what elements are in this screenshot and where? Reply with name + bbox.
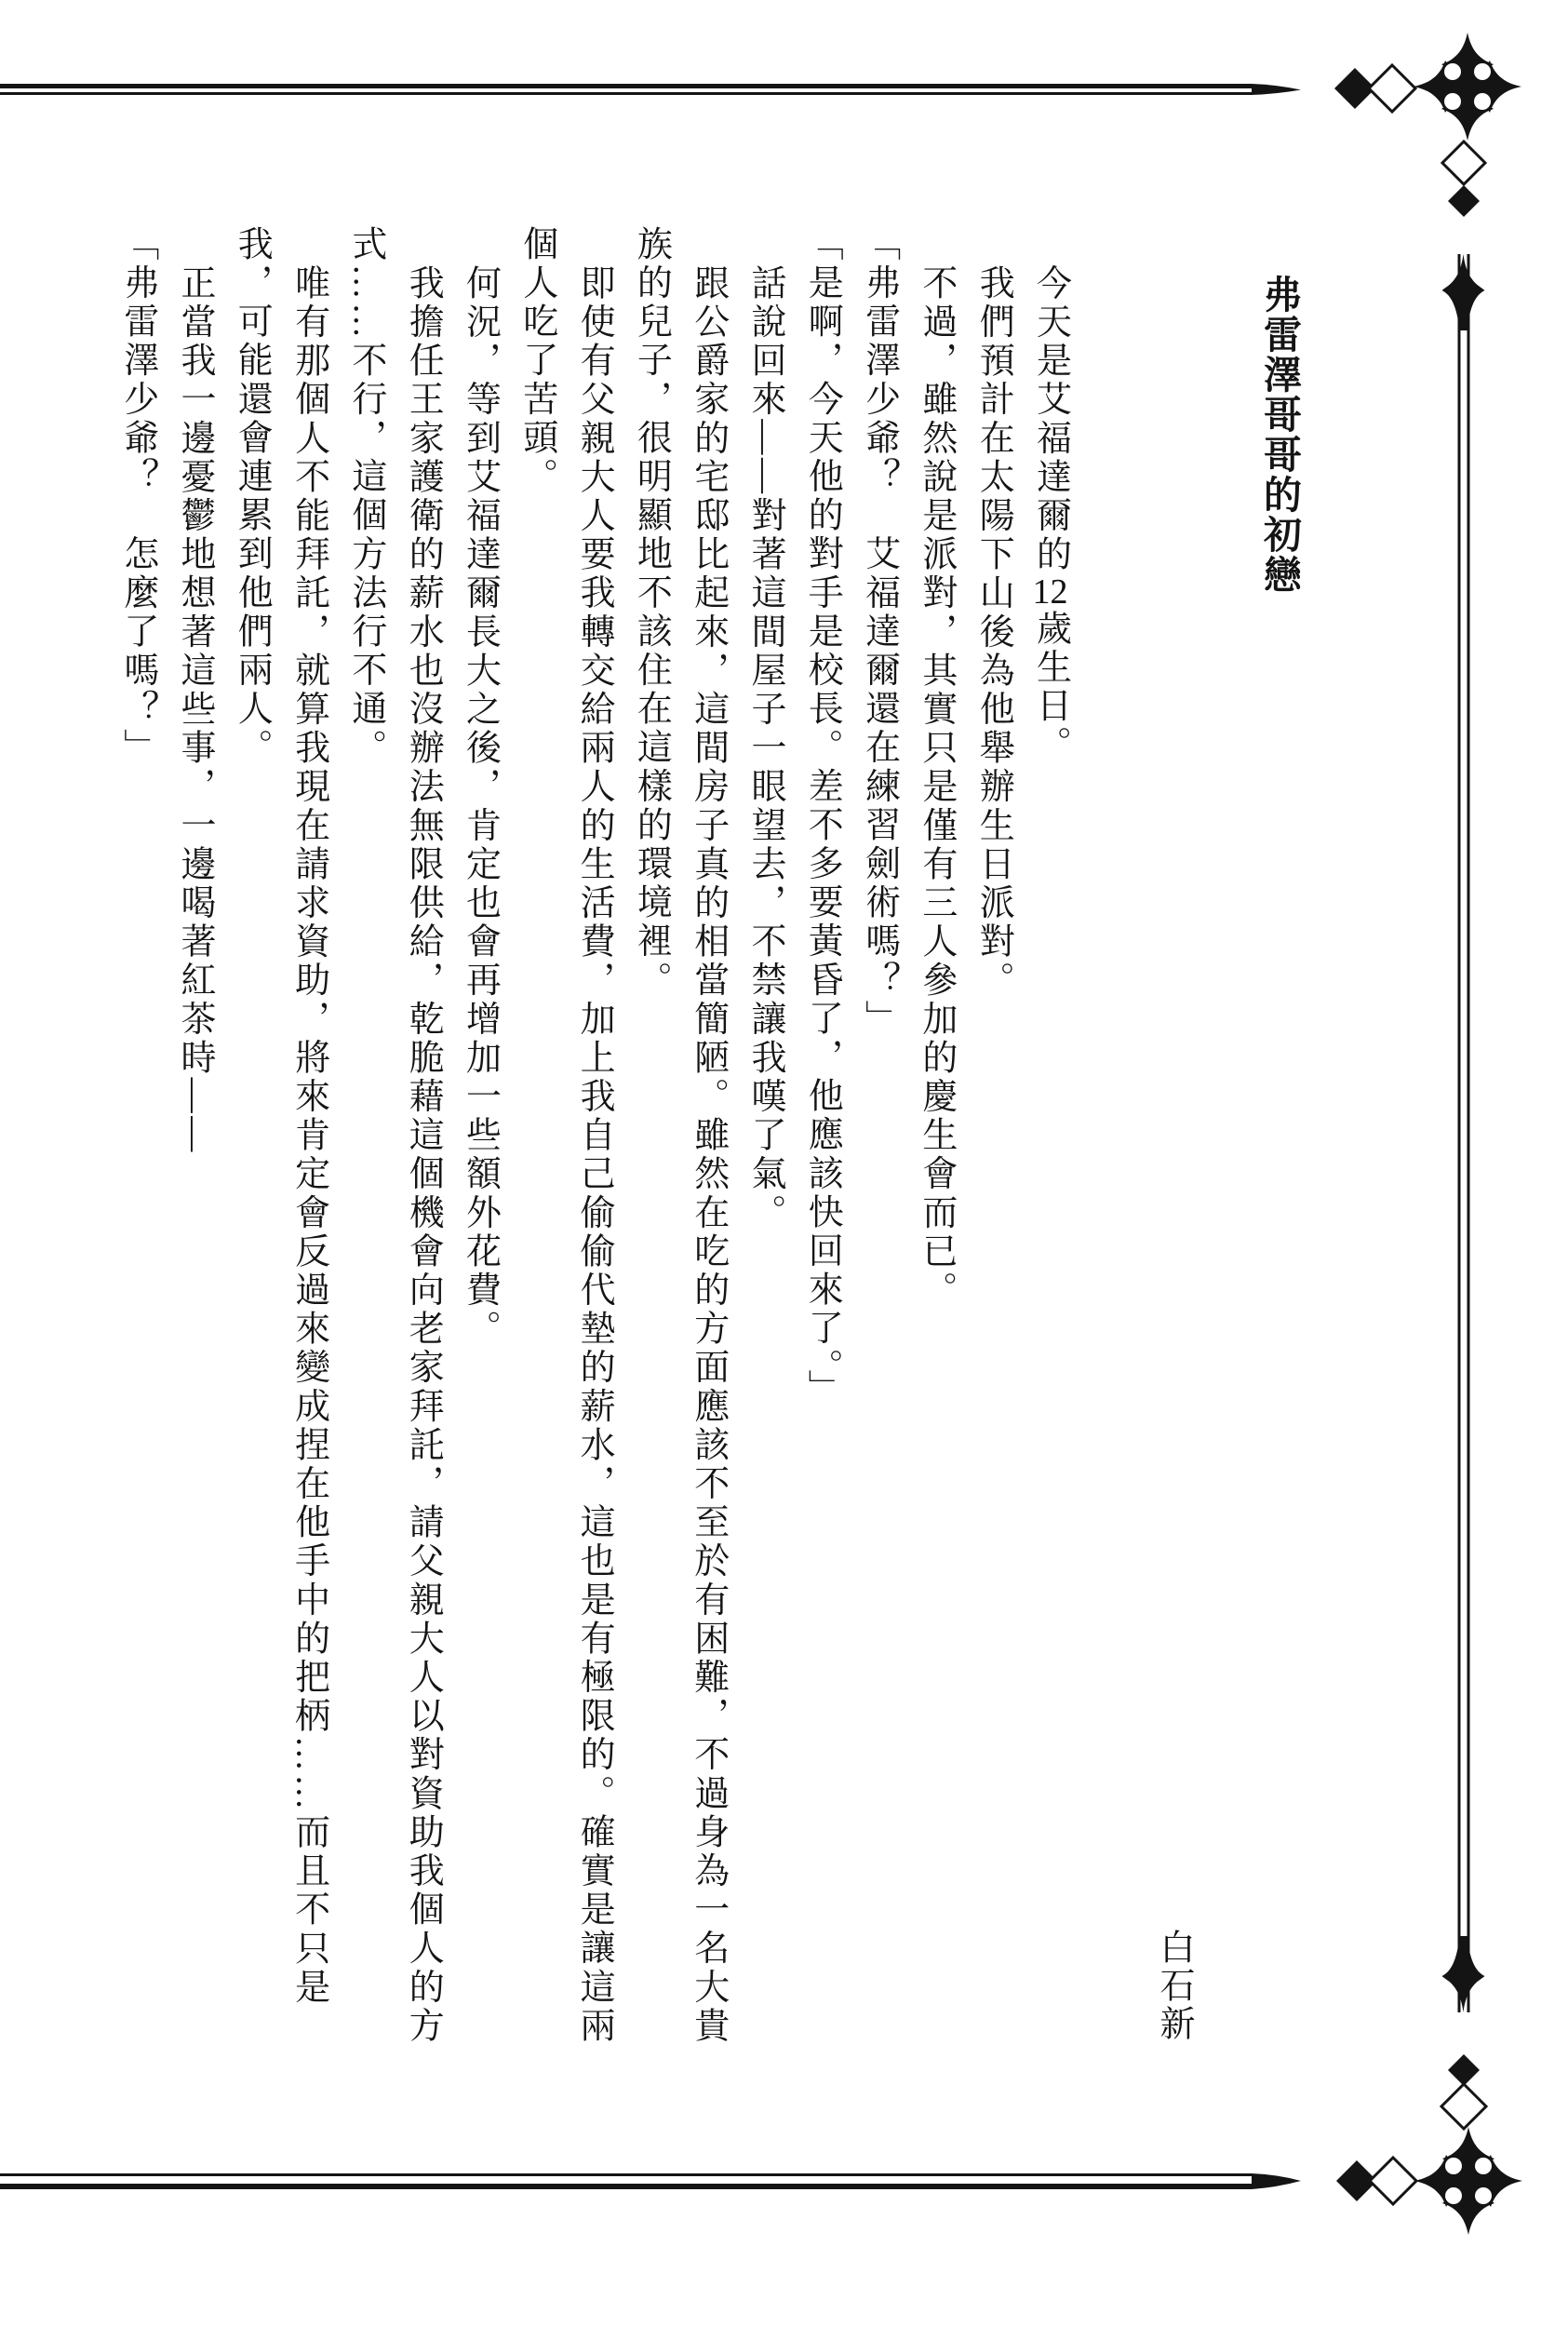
- vertical-punctuation: ——: [175, 1078, 214, 1155]
- text-column-16: 正當我一邊憂鬱地想著這些事，一邊喝著紅茶時——: [173, 225, 215, 2103]
- text-run: 何況，等到艾福達爾長大之後，肯定也會再增加一些額外花費。: [461, 264, 500, 1349]
- vertical-punctuation: ……: [346, 264, 385, 342]
- text-column-10: 個人吃了苦頭。: [516, 225, 557, 2064]
- text-run: 不行，這個方法行不通。: [346, 342, 385, 768]
- text-column-14: 唯有那個人不能拜託，就算我現在請求資助，將來肯定會反過來變成捏在他手中的把柄………: [288, 225, 329, 2103]
- vertical-punctuation: ——: [745, 419, 784, 496]
- text-column-7: 跟公爵家的宅邸比起來，這間房子真的相當簡陋。雖然在吃的方面應該不至於有困難，不過…: [687, 225, 729, 2103]
- bottom-right-cross-icon: [1414, 2127, 1522, 2235]
- text-run: 唯有那個人不能拜託，就算我現在請求資助，將來肯定會反過來變成捏在他手中的把柄: [289, 264, 328, 1736]
- text-column-2: 我們預計在太陽下山後為他舉辦生日派對。: [972, 225, 1013, 2103]
- text-run: 而且不只是: [289, 1813, 328, 2007]
- right-rule-bottom-diamonds: [1441, 2054, 1486, 2129]
- top-right-cross-icon: [1414, 33, 1521, 141]
- text-run: 即使有父親大人要我轉交給兩人的生活費，加上我自己偷偷代墊的薪水，這也是有極限的。…: [574, 264, 613, 2046]
- text-column-4: 「弗雷澤少爺？ 艾福達爾還在練習劍術嗎？」: [858, 225, 900, 2064]
- text-run: 「弗雷澤少爺？ 怎麼了嗎？」: [118, 225, 157, 767]
- author-name: 白石新: [1153, 1929, 1194, 2050]
- text-run: 對著這間屋子一眼望去，不禁讓我嘆了氣。: [745, 497, 784, 1232]
- text-column-3: 不過，雖然說是派對，其實只是僅有三人參加的慶生會而已。: [915, 225, 957, 2103]
- text-run: 跟公爵家的宅邸比起來，這間房子真的相當簡陋。雖然在吃的方面應該不至於有困難，不過…: [689, 264, 728, 2046]
- text-run: 話說回來: [745, 264, 784, 419]
- top-border-rule: [0, 84, 1301, 95]
- text-column-12: 我擔任王家護衛的薪水也沒辦法無限供給，乾脆藉這個機會向老家拜託，請父親大人以對資…: [401, 225, 443, 2103]
- vertical-punctuation: ……: [289, 1736, 328, 1813]
- text-run: 我擔任王家護衛的薪水也沒辦法無限供給，乾脆藉這個機會向老家拜託，請父親大人以對資…: [403, 264, 442, 2046]
- text-column-13: 式……不行，這個方法行不通。: [344, 225, 386, 2064]
- text-run: 今天是艾福達爾的: [1031, 264, 1070, 574]
- text-run: 不過，雖然說是派對，其實只是僅有三人參加的慶生會而已。: [917, 264, 956, 1310]
- text-run: 族的兒子，很明顯地不該住在這樣的環境裡。: [631, 225, 670, 1000]
- chapter-title: 弗雷澤哥哥的初戀: [1258, 275, 1301, 666]
- text-column-17: 「弗雷澤少爺？ 怎麼了嗎？」: [116, 225, 158, 2064]
- bottom-right-diamond-ornament: [1336, 2158, 1416, 2204]
- bottom-border-rule: [0, 2173, 1301, 2189]
- text-column-8: 族的兒子，很明顯地不該住在這樣的環境裡。: [629, 225, 671, 2064]
- top-right-diamond-ornament: [1334, 65, 1415, 112]
- text-run: 「弗雷澤少爺？ 艾福達爾還在練習劍術嗎？」: [860, 225, 899, 1039]
- text-run: 正當我一邊憂鬱地想著這些事，一邊喝著紅茶時: [175, 264, 214, 1078]
- inline-number: 12: [1031, 574, 1070, 610]
- text-run: 我們預計在太陽下山後為他舉辦生日派對。: [973, 264, 1012, 1000]
- text-run: 「是啊，今天他的對手是校長。差不多要黃昏了，他應該快回來了。」: [802, 225, 841, 1408]
- right-rule-top-diamonds: [1442, 141, 1485, 217]
- text-column-11: 何況，等到艾福達爾長大之後，肯定也會再增加一些額外花費。: [459, 225, 501, 2103]
- text-column-9: 即使有父親大人要我轉交給兩人的生活費，加上我自己偷偷代墊的薪水，這也是有極限的。…: [572, 225, 614, 2103]
- text-run: 我，可能還會連累到他們兩人。: [232, 225, 271, 767]
- text-column-6: 話說回來——對著這間屋子一眼望去，不禁讓我嘆了氣。: [744, 225, 785, 2103]
- novel-page: 弗雷澤哥哥的初戀 白石新 今天是艾福達爾的12歲生日。我們預計在太陽下山後為他舉…: [0, 0, 1568, 2327]
- right-vertical-rule: [1442, 254, 1485, 2012]
- text-run: 個人吃了苦頭。: [517, 225, 556, 496]
- text-column-5: 「是啊，今天他的對手是校長。差不多要黃昏了，他應該快回來了。」: [800, 225, 842, 2064]
- text-column-1: 今天是艾福達爾的12歲生日。: [1029, 225, 1071, 2103]
- text-column-15: 我，可能還會連累到他們兩人。: [230, 225, 272, 2064]
- text-run: 式: [346, 225, 385, 264]
- text-run: 歲生日。: [1031, 610, 1070, 764]
